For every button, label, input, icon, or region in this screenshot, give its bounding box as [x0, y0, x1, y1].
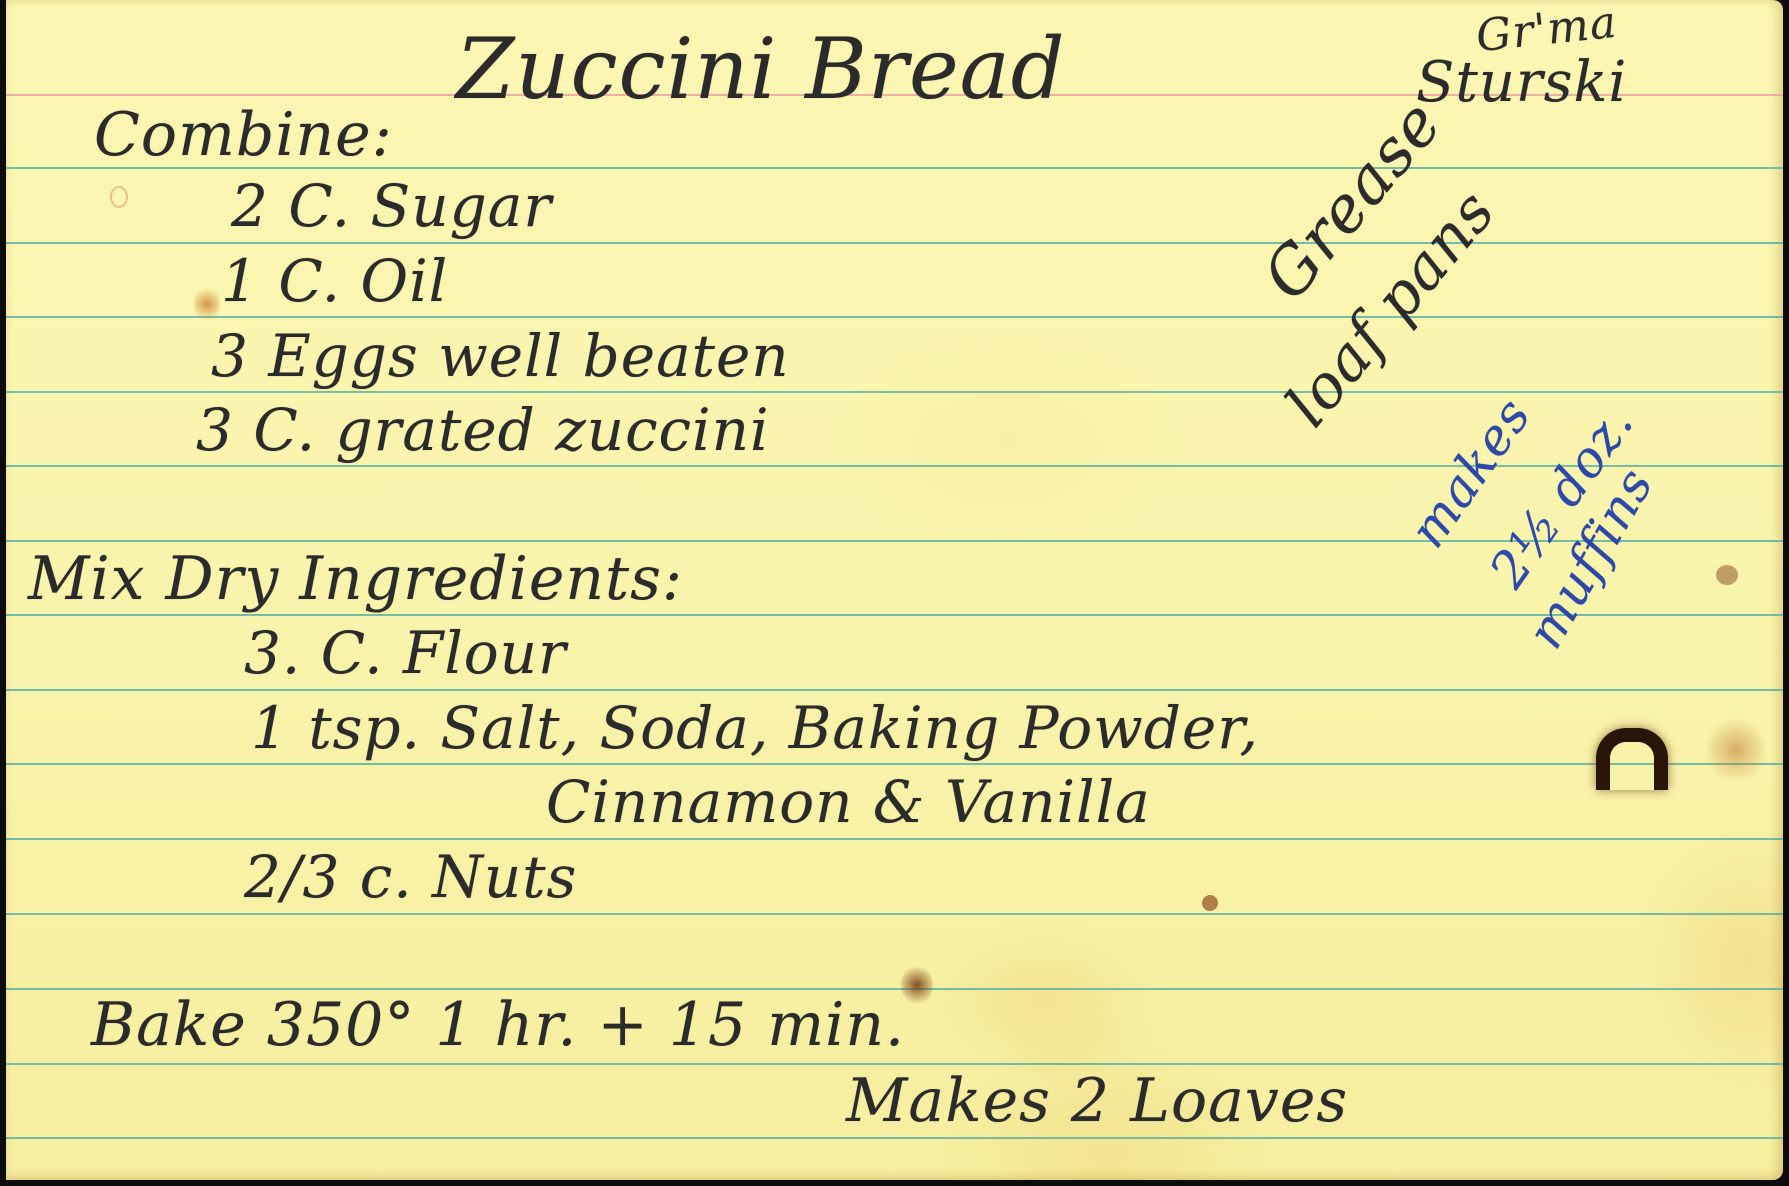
ingredient-name: Nuts: [432, 843, 577, 911]
ingredient-qty: 1 C.: [221, 247, 341, 315]
ingredient-line: 3 Eggs well beaten: [211, 322, 790, 390]
stain: [194, 285, 220, 323]
stain: [1202, 895, 1218, 911]
ingredient-name: Sugar: [371, 172, 553, 240]
section-heading-combine: Combine:: [94, 100, 393, 170]
ingredient-name: grated zuccini: [336, 396, 770, 464]
ruled-line: [6, 1063, 1783, 1065]
ingredient-qty: 2 C.: [231, 172, 351, 240]
author-line-2: Sturski: [1416, 50, 1627, 115]
ingredient-line: 3. C. Flour: [244, 619, 567, 687]
ruled-line: [6, 838, 1783, 840]
ingredient-qty: 3. C.: [244, 619, 384, 687]
ingredient-line: 1 tsp. Salt, Soda, Baking Powder,: [251, 694, 1259, 762]
stain: [1716, 565, 1738, 585]
ruled-line: [6, 316, 1783, 318]
ingredient-name: Flour: [403, 619, 567, 687]
ruled-line: [6, 1137, 1783, 1139]
ingredient-qty: 3: [211, 322, 249, 390]
ingredient-qty: 2/3 c.: [244, 843, 413, 911]
ingredient-line: 1 C. Oil: [221, 247, 448, 315]
ingredient-name: Salt, Soda, Baking Powder,: [440, 694, 1259, 762]
stain: [901, 965, 933, 1005]
ingredient-line: Cinnamon & Vanilla: [546, 768, 1151, 836]
ingredient-line: 2/3 c. Nuts: [244, 843, 577, 911]
ruled-line: [6, 614, 1783, 616]
ingredient-qty: 1 tsp.: [251, 694, 421, 762]
stain: [110, 186, 128, 208]
bake-instruction: Bake 350° 1 hr. + 15 min.: [91, 990, 905, 1060]
stain: [1706, 715, 1766, 785]
burn-mark: [1596, 728, 1668, 790]
recipe-card: Zuccini Bread Gr'ma Sturski Combine: 2 C…: [6, 0, 1783, 1180]
recipe-title: Zuccini Bread: [456, 20, 1066, 118]
ingredient-name: Cinnamon & Vanilla: [546, 768, 1151, 836]
ingredient-line: 2 C. Sugar: [231, 172, 552, 240]
ruled-line: [6, 689, 1783, 691]
section-heading-dry: Mix Dry Ingredients:: [28, 544, 683, 614]
ruled-line: [6, 913, 1783, 915]
ruled-line: [6, 465, 1783, 467]
yield-note: Makes 2 Loaves: [846, 1066, 1348, 1136]
ingredient-name: Eggs well beaten: [268, 322, 789, 390]
ingredient-name: Oil: [361, 247, 449, 315]
ruled-line: [6, 391, 1783, 393]
ingredient-qty: 3 C.: [196, 396, 316, 464]
ruled-line: [6, 242, 1783, 244]
ingredient-line: 3 C. grated zuccini: [196, 396, 770, 464]
ruled-line: [6, 763, 1783, 765]
